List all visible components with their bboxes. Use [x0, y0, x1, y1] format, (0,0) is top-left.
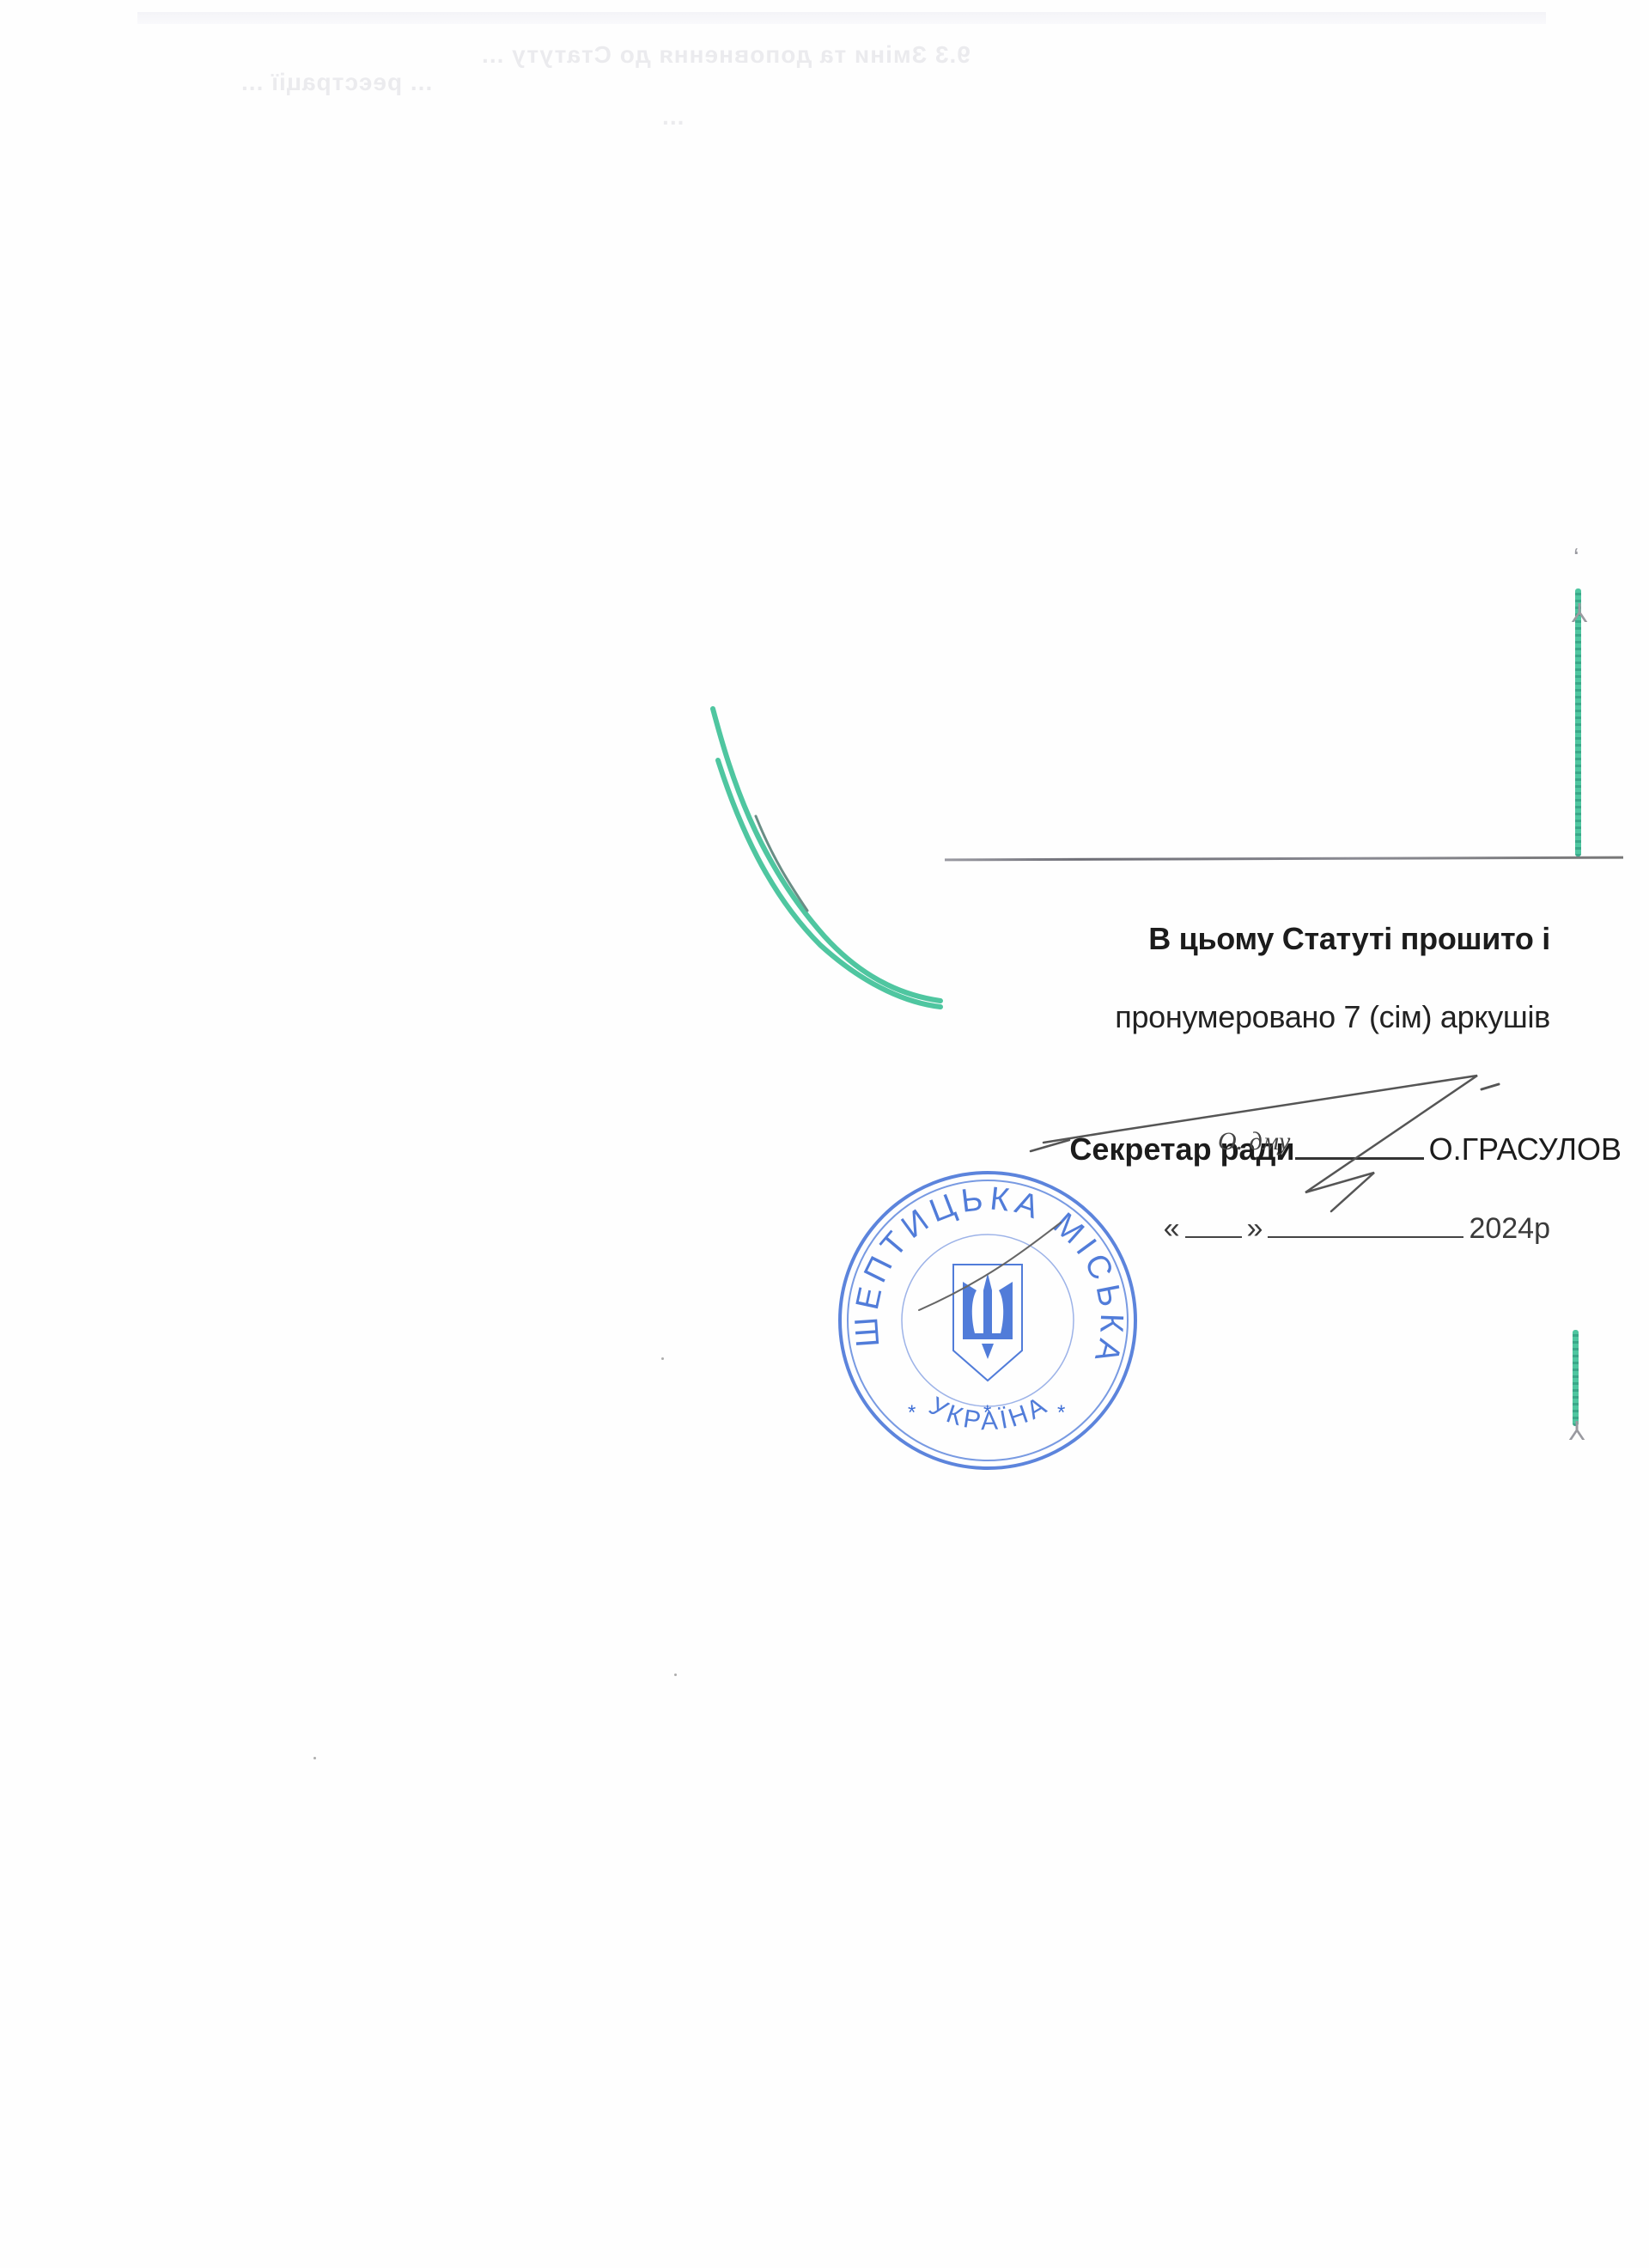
binding-thread-loose-ends — [713, 709, 940, 1007]
scanned-document-page: 9.3 Зміни та доповнення до Статуту ... .… — [0, 0, 1649, 2268]
stamp-star: * — [1057, 1401, 1065, 1424]
date-day-blank — [1185, 1214, 1242, 1238]
stamp-star: * — [983, 1401, 991, 1424]
stamp-outer-text: ШЕПТИЦЬКА МІСЬКА РАДА — [829, 1161, 1129, 1371]
thread-hole-mark: ⅄ — [1569, 1419, 1585, 1445]
trident-icon — [953, 1265, 1022, 1381]
date-field: « » 2024р — [1164, 1212, 1550, 1246]
scan-speck — [313, 1757, 316, 1759]
certification-line-1: В цьому Статуті прошито і — [1148, 921, 1550, 957]
date-year: 2024р — [1469, 1212, 1550, 1246]
signer-name: О.ГРАСУЛОВ — [1429, 1131, 1622, 1168]
binding-thread-upper — [1575, 588, 1581, 857]
scan-edge-shadow — [137, 12, 1546, 24]
date-month-blank — [1268, 1214, 1463, 1238]
binding-thread-lower — [1573, 1330, 1579, 1426]
thread-hole-mark: ʻ — [1573, 546, 1579, 572]
scan-speck — [674, 1674, 677, 1676]
bleed-through-text: 9.3 Зміни та доповнення до Статуту ... — [481, 41, 971, 69]
certification-line-2: пронумеровано 7 (сім) аркушів — [1115, 999, 1550, 1035]
date-close-quote: » — [1247, 1212, 1263, 1246]
thread-hole-mark: ⅄ — [1572, 601, 1587, 627]
bleed-through-text: ... реєстрації ... — [240, 69, 432, 96]
date-open-quote: « — [1164, 1212, 1180, 1246]
bleed-through-text: ... — [661, 103, 684, 131]
stamp-star: * — [908, 1401, 916, 1424]
signature-field — [1295, 1131, 1424, 1160]
scan-speck — [661, 1357, 664, 1360]
seal-strip-edge-line — [945, 857, 1623, 862]
svg-text:ШЕПТИЦЬКА МІСЬКА РАДА: ШЕПТИЦЬКА МІСЬКА РАДА — [829, 1161, 1129, 1371]
official-round-stamp: ШЕПТИЦЬКА МІСЬКА РАДА УКРАЇНА * * * — [829, 1161, 1147, 1479]
